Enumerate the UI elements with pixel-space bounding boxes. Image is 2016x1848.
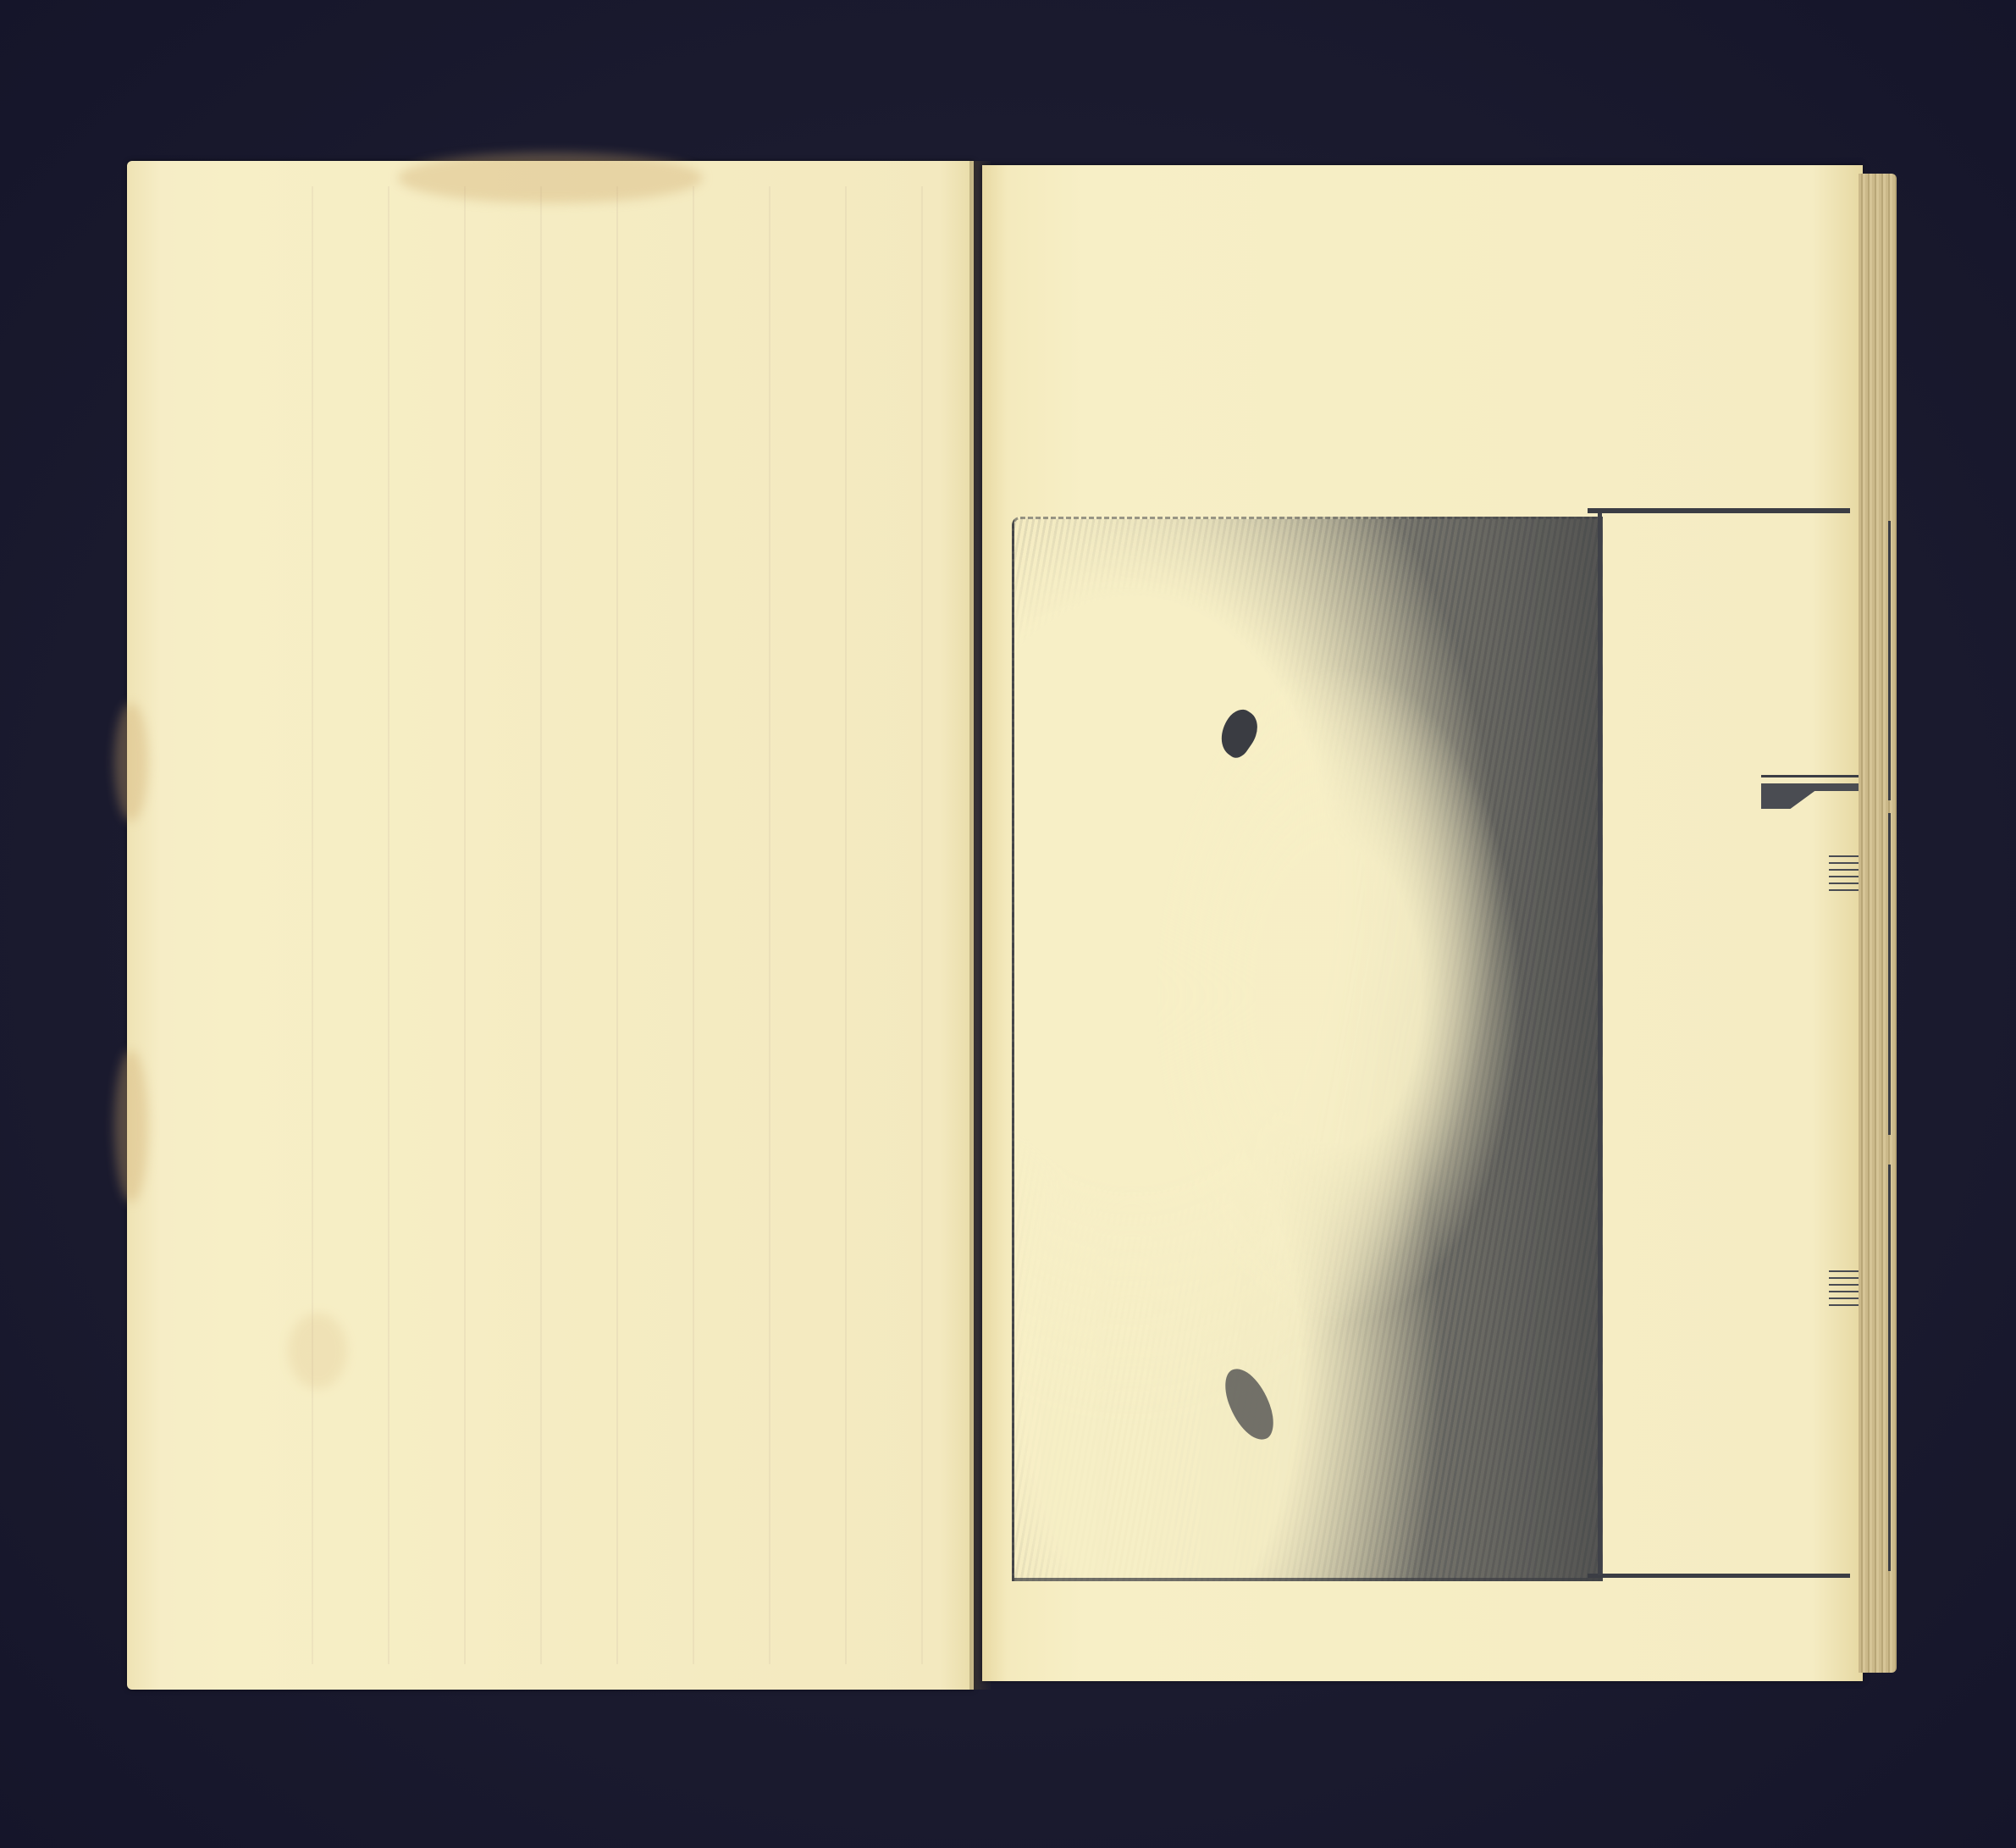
frame-top-rule <box>1588 508 1850 513</box>
page-edges <box>1859 174 1897 1673</box>
figure-mark <box>1212 705 1266 762</box>
left-page <box>127 161 974 1690</box>
frame-inner-edge <box>1598 513 1602 1575</box>
fishtail-rule <box>1761 775 1859 777</box>
fold-margin-marks <box>1829 1270 1859 1309</box>
fold-margin-marks <box>1829 855 1859 894</box>
ruling-lines <box>237 186 957 1664</box>
figure-mark <box>1218 1362 1280 1447</box>
print-frame <box>1012 508 1850 1580</box>
edge-stain <box>114 1050 148 1203</box>
landscape-illustration <box>1012 517 1603 1581</box>
frame-bottom-rule <box>1588 1574 1850 1578</box>
foxing-spot <box>288 1313 347 1389</box>
water-stain <box>398 152 703 203</box>
fold-margin-line <box>1888 521 1891 1571</box>
edge-stain <box>114 703 148 822</box>
